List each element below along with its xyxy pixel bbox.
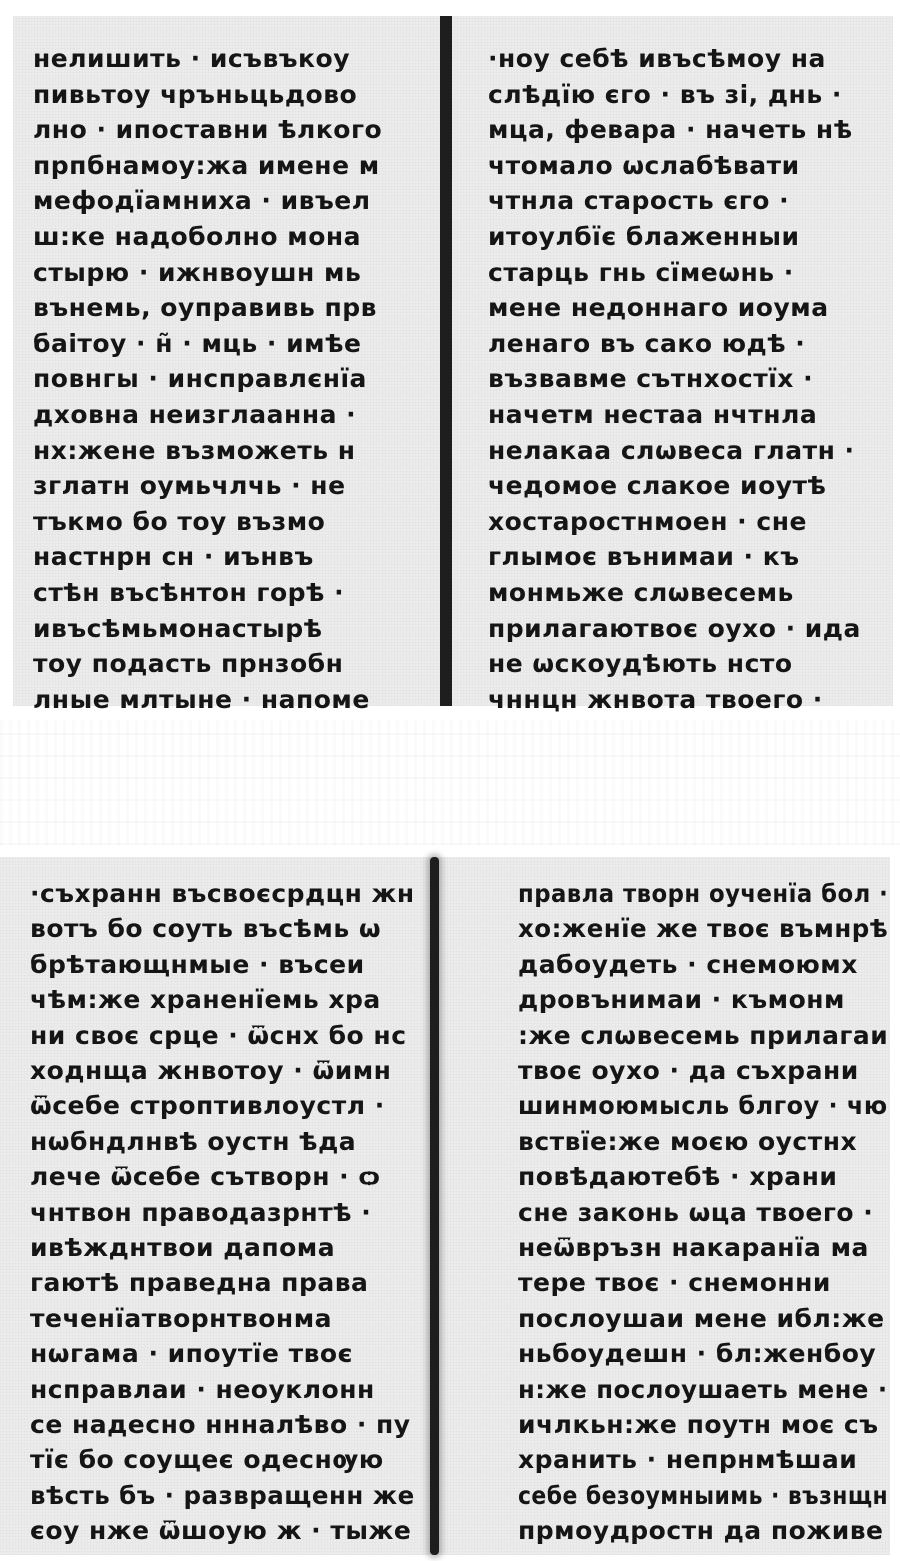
manuscript-line: послоушаи мене ибл:же xyxy=(518,1304,888,1334)
manuscript-line: чтнла старость єго · xyxy=(488,186,883,216)
manuscript-line: єоу нже ѿшоую ж · тыже xyxy=(30,1516,415,1546)
manuscript-line: гаютѣ праведна права xyxy=(30,1268,415,1298)
manuscript-line: вѣсть бъ · развращенн же xyxy=(30,1481,407,1511)
manuscript-line: чѣм:же храненїемь хра xyxy=(30,985,415,1015)
manuscript-line: ичлкьн:же поутн моє съ xyxy=(518,1410,888,1440)
binding-gutter xyxy=(430,857,439,1555)
manuscript-line: ивъсѣмьмонастырѣ xyxy=(33,614,428,644)
manuscript-line: ш:ке надоболно мона xyxy=(33,222,428,252)
manuscript-line: мене недоннаго иоума xyxy=(488,293,883,323)
manuscript-line: лные млтыне · напоме xyxy=(33,685,428,715)
manuscript-line: правла творн оученїа бол · xyxy=(518,879,855,909)
manuscript-line: слѣдїю єго · въ зі, днь · xyxy=(488,80,883,110)
manuscript-plate-top: нелишить · исъвъкоупивьтоу чръньцьдоволн… xyxy=(13,16,893,706)
binding-gutter xyxy=(440,16,452,706)
manuscript-line: дабоудеть · снемоюмх xyxy=(518,950,888,980)
manuscript-line: ньбоудешн · бл:женбоу xyxy=(518,1339,888,1369)
manuscript-line: мца, февара · начеть нѣ xyxy=(488,115,883,145)
manuscript-line: ходнща жнвотоу · ѿимн xyxy=(30,1056,415,1086)
manuscript-line: вънемь, оуправивь прв xyxy=(33,293,428,323)
manuscript-line: неѿвръзн накаранїа ма xyxy=(518,1233,888,1263)
manuscript-line: твоє оухо · да съхрани xyxy=(518,1056,888,1086)
manuscript-line: дровънимаи · къмонм xyxy=(518,985,888,1015)
manuscript-line: нѡбндлнвѣ оустн ѣда xyxy=(30,1127,415,1157)
manuscript-line: ·ноу себѣ ивъсѣмоу на xyxy=(488,44,883,74)
manuscript-line: нелишить · исъвъкоу xyxy=(33,44,428,74)
manuscript-line: нѡгама · ипоутїе твоє xyxy=(30,1339,415,1369)
manuscript-line: тере твоє · снемонни xyxy=(518,1268,888,1298)
manuscript-plate-bottom: ·съхранн въсвоєсрдцн жнвотъ бо соуть въс… xyxy=(0,857,890,1555)
bleed-through-band xyxy=(0,720,900,845)
manuscript-line: хранить · непрнмѣшаи xyxy=(518,1445,888,1475)
manuscript-line: :же слѡвесемь прилагаи xyxy=(518,1021,887,1051)
manuscript-line: не ѡскоудѣють нсто xyxy=(488,649,883,679)
manuscript-line: зглатн оумьчлчь · не xyxy=(33,471,428,501)
manuscript-line: ивѣжднтвои дапома xyxy=(30,1233,415,1263)
manuscript-line: монмьже слѡвесемь xyxy=(488,578,883,608)
manuscript-line: хостаростнмоен · сне xyxy=(488,507,883,537)
manuscript-line: тъкмо бо тоу възмо xyxy=(33,507,428,537)
manuscript-line: хо:женїе же твоє въмнрѣ xyxy=(518,914,880,944)
manuscript-line: прпбнамоу:жа имене м xyxy=(33,151,428,181)
manuscript-line: глымоє вънимаи · къ xyxy=(488,542,883,572)
manuscript-line: начетм нестаа нчтнла xyxy=(488,400,883,430)
manuscript-line: вствїе:же моєю оустнх xyxy=(518,1127,888,1157)
manuscript-line: баітоу · н̃ · мць · имѣе xyxy=(33,329,428,359)
manuscript-line: пивьтоу чръньцьдово xyxy=(33,80,428,110)
manuscript-line: н:же послоушаеть мене · xyxy=(518,1375,878,1405)
manuscript-line: стырю · ижнвоушн мь xyxy=(33,258,428,288)
manuscript-line: шинмоюмысль блгоу · чю xyxy=(518,1091,873,1121)
text-column-left: ·съхранн въсвоєсрдцн жнвотъ бо соуть въс… xyxy=(30,857,415,1555)
manuscript-line: вотъ бо соуть въсѣмь ѡ xyxy=(30,914,415,944)
manuscript-line: се надесно ннналѣво · пу xyxy=(30,1410,415,1440)
manuscript-line: ѿсебе строптивлоустл · xyxy=(30,1091,415,1121)
manuscript-line: чнтвон праводазрнтѣ · xyxy=(30,1198,415,1228)
manuscript-line: нелакаа слѡвеса глатн · xyxy=(488,436,883,466)
manuscript-line: ни своє срце · ѿснх бо нс xyxy=(30,1021,415,1051)
manuscript-line: ленаго въ сако юдѣ · xyxy=(488,329,883,359)
manuscript-line: стѣн въсѣнтон горѣ · xyxy=(33,578,428,608)
manuscript-line: тоу подасть прнзобн xyxy=(33,649,428,679)
text-column-right: ·ноу себѣ ивъсѣмоу наслѣдїю єго · въ зі,… xyxy=(488,16,883,706)
manuscript-line: чннцн жнвота твоего · xyxy=(488,685,883,715)
manuscript-line: чтомало ѡслабѣвати xyxy=(488,151,883,181)
manuscript-line: нх:жене възможеть н xyxy=(33,436,428,466)
manuscript-line: сне законь ѡца твоего · xyxy=(518,1198,888,1228)
manuscript-line: старць гнь сїмеѡнь · xyxy=(488,258,883,288)
manuscript-line: тїє бо соущеє одеснѹю xyxy=(30,1445,415,1475)
manuscript-line: прмоудростн да поживе xyxy=(518,1516,888,1546)
text-column-left: нелишить · исъвъкоупивьтоу чръньцьдоволн… xyxy=(33,16,428,706)
manuscript-line: дховна неизглаанна · xyxy=(33,400,428,430)
manuscript-line: чедомое слакое иоутѣ xyxy=(488,471,883,501)
manuscript-line: мефодїамниха · ивъел xyxy=(33,186,428,216)
manuscript-line: себе безоумныимь · възнщн xyxy=(518,1481,842,1511)
manuscript-line: нсправлаи · неоуклонн xyxy=(30,1375,415,1405)
manuscript-line: повнгы · инсправлєнїа xyxy=(33,364,428,394)
manuscript-line: повѣдаютебѣ · храни xyxy=(518,1162,888,1192)
manuscript-line: прилагаютвоє оухо · ида xyxy=(488,614,883,644)
manuscript-line: ·съхранн въсвоєсрдцн жн xyxy=(30,879,414,909)
text-column-right: правла творн оученїа бол ·хо:женїе же тв… xyxy=(518,857,888,1555)
manuscript-line: брѣтающнмые · въсеи xyxy=(30,950,415,980)
manuscript-line: лно · ипоставни ѣлкого xyxy=(33,115,428,145)
manuscript-line: настнрн сн · иънвъ xyxy=(33,542,428,572)
manuscript-line: лече ѿсебе сътворн · ѻ xyxy=(30,1162,415,1192)
manuscript-line: итоулбїє блаженныи xyxy=(488,222,883,252)
manuscript-line: теченїатворнтвонма xyxy=(30,1304,415,1334)
manuscript-line: възвавме сътнхостїх · xyxy=(488,364,883,394)
